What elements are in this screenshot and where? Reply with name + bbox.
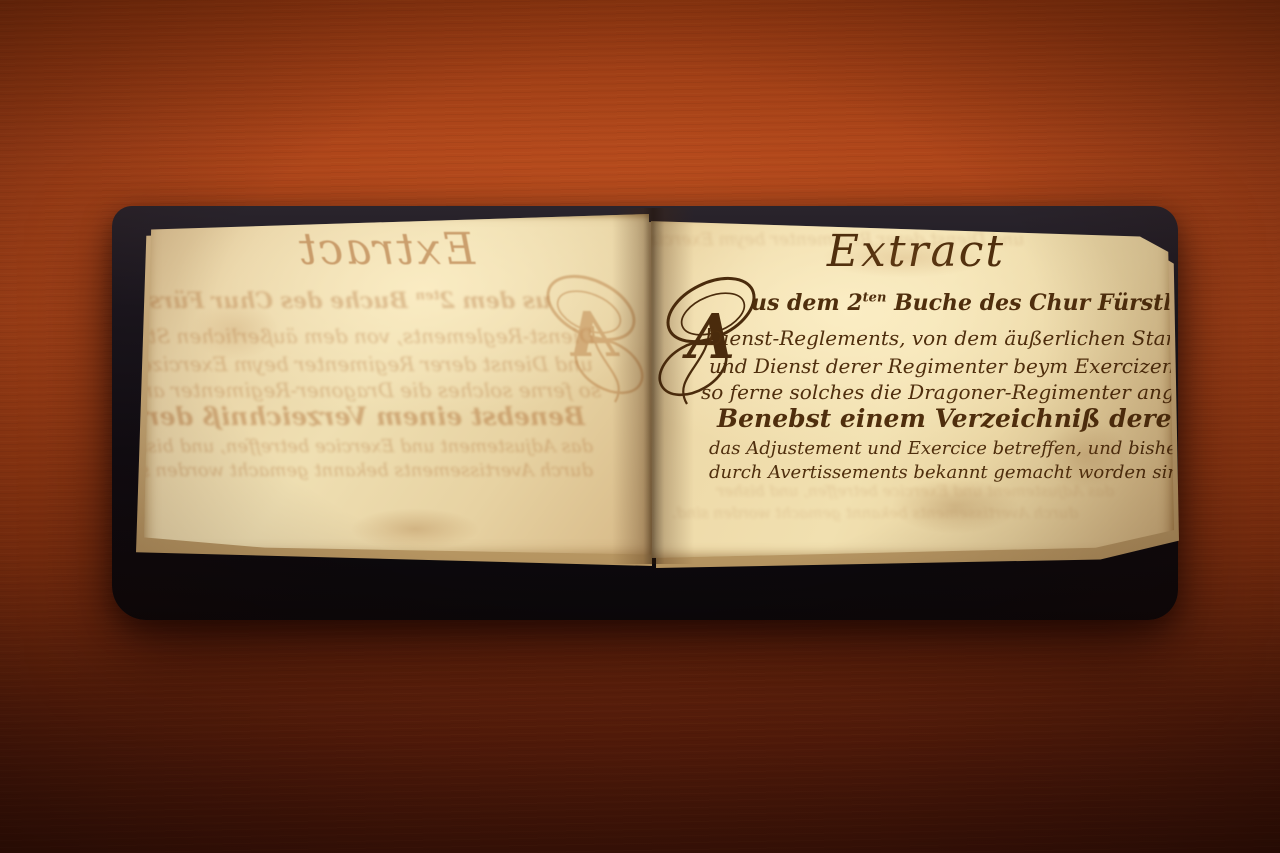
bleedthrough-line: und Dienst derer Regimenter beym Exerciz… [143, 352, 593, 376]
bleedthrough-line: durch Avertissements bekannt gemacht wor… [672, 504, 1078, 522]
bleedthrough-line: so ferne solches die Dragoner-Regimenter… [143, 378, 601, 402]
manuscript-line-1: us dem 2ten Buche des Chur Fürstl. Sächs… [751, 290, 1174, 316]
bleedthrough-line: Dienst-Reglements, von dem äußerlichen S… [143, 324, 595, 348]
bleedthrough-line: Benebst einem Verzeichniß derer Ordres s… [143, 402, 585, 431]
bleedthrough-line: das Adjustement und Exercice betreffen, … [717, 482, 1114, 500]
manuscript-line-5: Benebst einem Verzeichniß derer Ordres s… [717, 404, 1174, 433]
manuscript-line-3: und Dienst derer Regimenter beym Exerciz… [709, 354, 1174, 378]
bleedthrough-line: durch Avertissements bekannt gemacht wor… [143, 460, 593, 481]
photo-open-manuscript-book: Extract A us dem 2ten Buche des Chur Für… [0, 0, 1280, 853]
bleedthrough-line: us dem 2ten Buche des Chur Fürstl. Sächs… [143, 288, 551, 314]
superscript-ordinal: ten [863, 291, 887, 306]
left-page-bleedthrough: Extract A us dem 2ten Buche des Chur Für… [143, 214, 651, 558]
manuscript-line-6: das Adjustement und Exercice betreffen, … [709, 438, 1174, 459]
manuscript-line-7: durch Avertissements bekannt gemacht wor… [709, 462, 1174, 483]
bleedthrough-line: das Adjustement und Exercice betreffen, … [143, 436, 593, 457]
bleedthrough-title: Extract [231, 224, 541, 275]
right-page: und Dienst derer Regimenter beym Exerciz… [651, 216, 1174, 558]
left-page: Extract A us dem 2ten Buche des Chur Für… [143, 214, 651, 558]
manuscript-line-4: so ferne solches die Dragoner-Regimenter… [701, 380, 1174, 404]
manuscript-title: Extract [761, 226, 1071, 277]
manuscript-line-2: Dienst-Reglements, von dem äußerlichen S… [707, 326, 1174, 350]
